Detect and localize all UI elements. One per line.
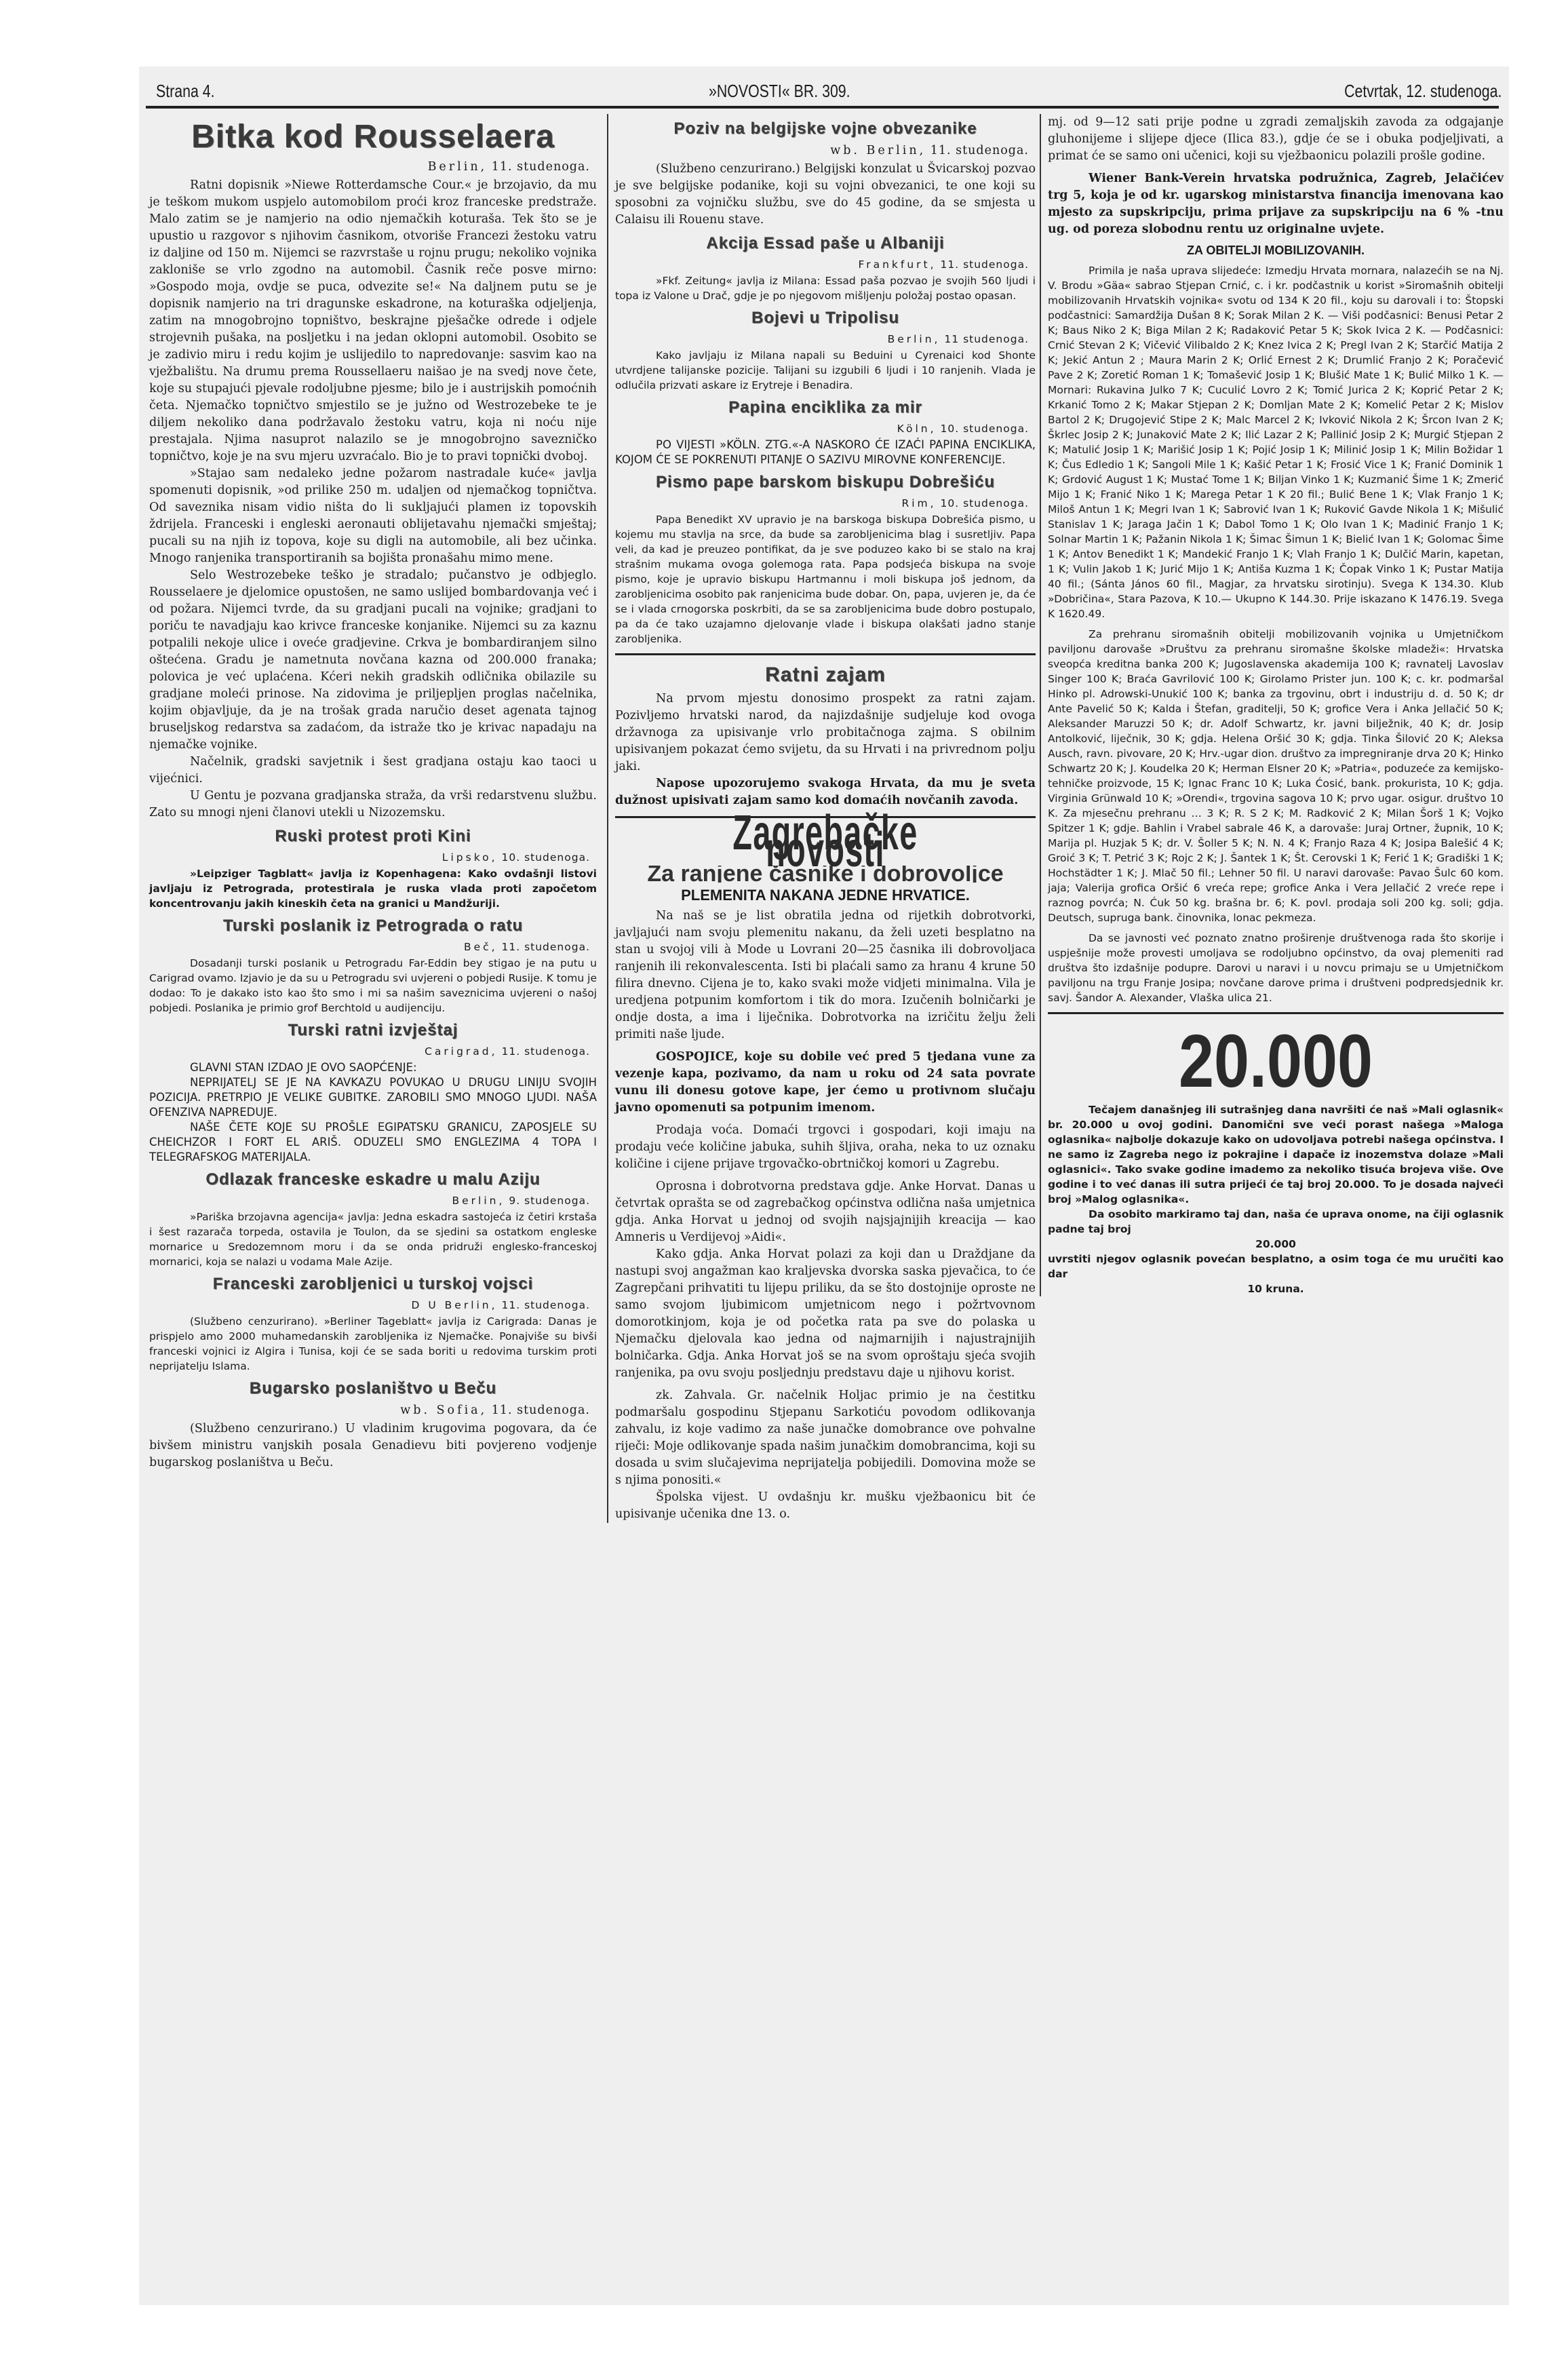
article-title: Turski poslanik iz Petrograda o ratu bbox=[149, 915, 597, 937]
article-paragraph: U Gentu je pozvana gradjanska straža, da… bbox=[149, 788, 597, 822]
article-paragraph: »Fkf. Zeitung« javlja iz Milana: Essad p… bbox=[615, 273, 1036, 303]
issue-date: Cetvrtak, 12. studenoga. bbox=[1344, 81, 1502, 102]
article-paragraph: Na prvom mjestu donosimo prospekt za rat… bbox=[615, 691, 1036, 775]
dateline: wb. Berlin, 11. studenoga. bbox=[615, 142, 1029, 159]
section-rule bbox=[615, 653, 1036, 655]
article-paragraph: Wiener Bank-Verein hrvatska podružnica, … bbox=[1048, 170, 1504, 238]
dateline: Frankfurt, 11. studenoga. bbox=[615, 257, 1029, 272]
article-paragraph: (Službeno cenzurirano.) Belgijski konzul… bbox=[615, 161, 1036, 229]
article-paragraph: Napose upozorujemo svakoga Hrvata, da mu… bbox=[615, 775, 1036, 809]
section-heading: ZA OBITELJI MOBILIZOVANIH. bbox=[1048, 242, 1504, 259]
newspaper-page: Strana 4. »NOVOSTI« BR. 309. Cetvrtak, 1… bbox=[139, 66, 1509, 2305]
donation-list: Za prehranu siromašnih obitelji mobilizo… bbox=[1048, 627, 1504, 925]
article-paragraph: Kako gdja. Anka Horvat polazi za koji da… bbox=[615, 1246, 1036, 1382]
article-title: Pismo pape barskom biskupu Dobrešiću bbox=[615, 471, 1036, 493]
article-paragraph: Načelnik, gradski savjetnik i šest gradj… bbox=[149, 754, 597, 788]
paper-title: »NOVOSTI« BR. 309. bbox=[709, 81, 850, 102]
column-1: Bitka kod Rousselaera Berlin, 11. studen… bbox=[149, 114, 597, 1471]
article-paragraph: (Službeno cenzurirano.) U vladinim krugo… bbox=[149, 1420, 597, 1471]
ad-paragraph: Tečajem današnjeg ili sutrašnjeg dana na… bbox=[1048, 1102, 1504, 1207]
article-paragraph: Špolska vijest. U ovdašnju kr. mušku vje… bbox=[615, 1489, 1036, 1523]
article-paragraph: Oprosna i dobrotvorna predstava gdje. An… bbox=[615, 1178, 1036, 1246]
article-title: Odlazak franceske eskadre u malu Aziju bbox=[149, 1169, 597, 1191]
article-title: Turski ratni izvještaj bbox=[149, 1020, 597, 1041]
dateline: Berlin, 9. studenoga. bbox=[149, 1193, 590, 1208]
page-number: Strana 4. bbox=[156, 81, 215, 102]
dateline: Berlin, 11. studenoga. bbox=[149, 159, 590, 176]
headline: PLEMENITA NAKANA JEDNE HRVATICE. bbox=[615, 887, 1036, 904]
article-paragraph: Selo Westrozebeke teško je stradalo; puč… bbox=[149, 567, 597, 754]
article-title: Akcija Essad paše u Albaniji bbox=[615, 233, 1036, 254]
article-paragraph: GLAVNI STAN IZDAO JE OVO SAOPĆENJE: bbox=[149, 1060, 597, 1075]
article-paragraph: Prodaja voća. Domaći trgovci i gospodari… bbox=[615, 1122, 1036, 1173]
ad-paragraph: Da osobito markiramo taj dan, naša će up… bbox=[1048, 1207, 1504, 1237]
dateline: wb. Sofia, 11. studenoga. bbox=[149, 1402, 590, 1419]
article-paragraph: »Stajao sam nedaleko jedne požarom nastr… bbox=[149, 465, 597, 567]
section-title: Zagrebačke novosti bbox=[689, 825, 962, 859]
masthead: Strana 4. »NOVOSTI« BR. 309. Cetvrtak, 1… bbox=[156, 75, 1502, 102]
article-title: Papina enciklika za mir bbox=[615, 397, 1036, 419]
ad-prize: 10 kruna. bbox=[1048, 1281, 1504, 1296]
article-paragraph: GOSPOJICE, koje su dobile već pred 5 tje… bbox=[615, 1049, 1036, 1117]
article-paragraph: NAŠE ČETE KOJE SU PROŠLE EGIPATSKU GRANI… bbox=[149, 1120, 597, 1165]
dateline: Köln, 10. studenoga. bbox=[615, 421, 1029, 436]
donation-list: Primila je naša uprava slijedeće: Izmedj… bbox=[1048, 263, 1504, 621]
ad-number: 20.000 bbox=[1048, 1237, 1504, 1252]
article-paragraph: Kako javljaju iz Milana napali su Beduin… bbox=[615, 348, 1036, 393]
article-paragraph: »Pariška brzojavna agencija« javlja: Jed… bbox=[149, 1210, 597, 1269]
article-paragraph: Na naš se je list obratila jedna od rije… bbox=[615, 908, 1036, 1043]
column-3: mj. od 9—12 sati prije podne u zgradi ze… bbox=[1040, 114, 1504, 1296]
dateline: Berlin, 11 studenoga. bbox=[615, 332, 1029, 347]
article-title: Bugarsko poslaništvo u Beču bbox=[149, 1378, 597, 1399]
ad-paragraph: uvrstiti njegov oglasnik povećan besplat… bbox=[1048, 1252, 1504, 1281]
dateline: Lipsko, 10. studenoga. bbox=[149, 850, 590, 865]
article-paragraph: Dosadanji turski poslanik u Petrogradu F… bbox=[149, 956, 597, 1016]
article-title: Bojevi u Tripolisu bbox=[615, 307, 1036, 329]
article-paragraph: (Službeno cenzurirano). »Berliner Tagebl… bbox=[149, 1314, 597, 1374]
masthead-rule bbox=[146, 106, 1499, 109]
article-paragraph: Ratni dopisnik »Niewe Rotterdamsche Cour… bbox=[149, 177, 597, 465]
article-paragraph: PO VIJESTI »KÖLN. ZTG.«-A NASKORO ĆE IZA… bbox=[615, 438, 1036, 467]
article-title: Ruski protest proti Kini bbox=[149, 826, 597, 847]
article-paragraph: mj. od 9—12 sati prije podne u zgradi ze… bbox=[1048, 114, 1504, 165]
dateline: Beč, 11. studenoga. bbox=[149, 940, 590, 954]
article-title: Bitka kod Rousselaera bbox=[149, 118, 597, 156]
dateline: D U Berlin, 11. studenoga. bbox=[149, 1298, 590, 1313]
article-paragraph: Papa Benedikt XV upravio je na barskoga … bbox=[615, 512, 1036, 646]
column-2: Poziv na belgijske vojne obvezanike wb. … bbox=[607, 114, 1036, 1523]
article-title: Poziv na belgijske vojne obvezanike bbox=[615, 118, 1036, 140]
dateline: Carigrad, 11. studenoga. bbox=[149, 1044, 590, 1059]
article-title: Franceski zarobljenici u turskoj vojsci bbox=[149, 1273, 597, 1295]
article-paragraph: »Leipziger Tagblatt« javlja iz Kopenhage… bbox=[149, 866, 597, 911]
article-paragraph: NEPRIJATELJ SE JE NA KAVKAZU POVUKAO U D… bbox=[149, 1075, 597, 1120]
article-paragraph: Da se javnosti već poznato znatno prošir… bbox=[1048, 931, 1504, 1005]
article-title: Ratni zajam bbox=[615, 662, 1036, 688]
article-paragraph: zk. Zahvala. Gr. načelnik Holjac primio … bbox=[615, 1387, 1036, 1489]
ad-headline-number: 20.000 bbox=[1082, 1021, 1469, 1102]
dateline: Rim, 10. studenoga. bbox=[615, 496, 1029, 511]
section-rule bbox=[1048, 1012, 1504, 1014]
